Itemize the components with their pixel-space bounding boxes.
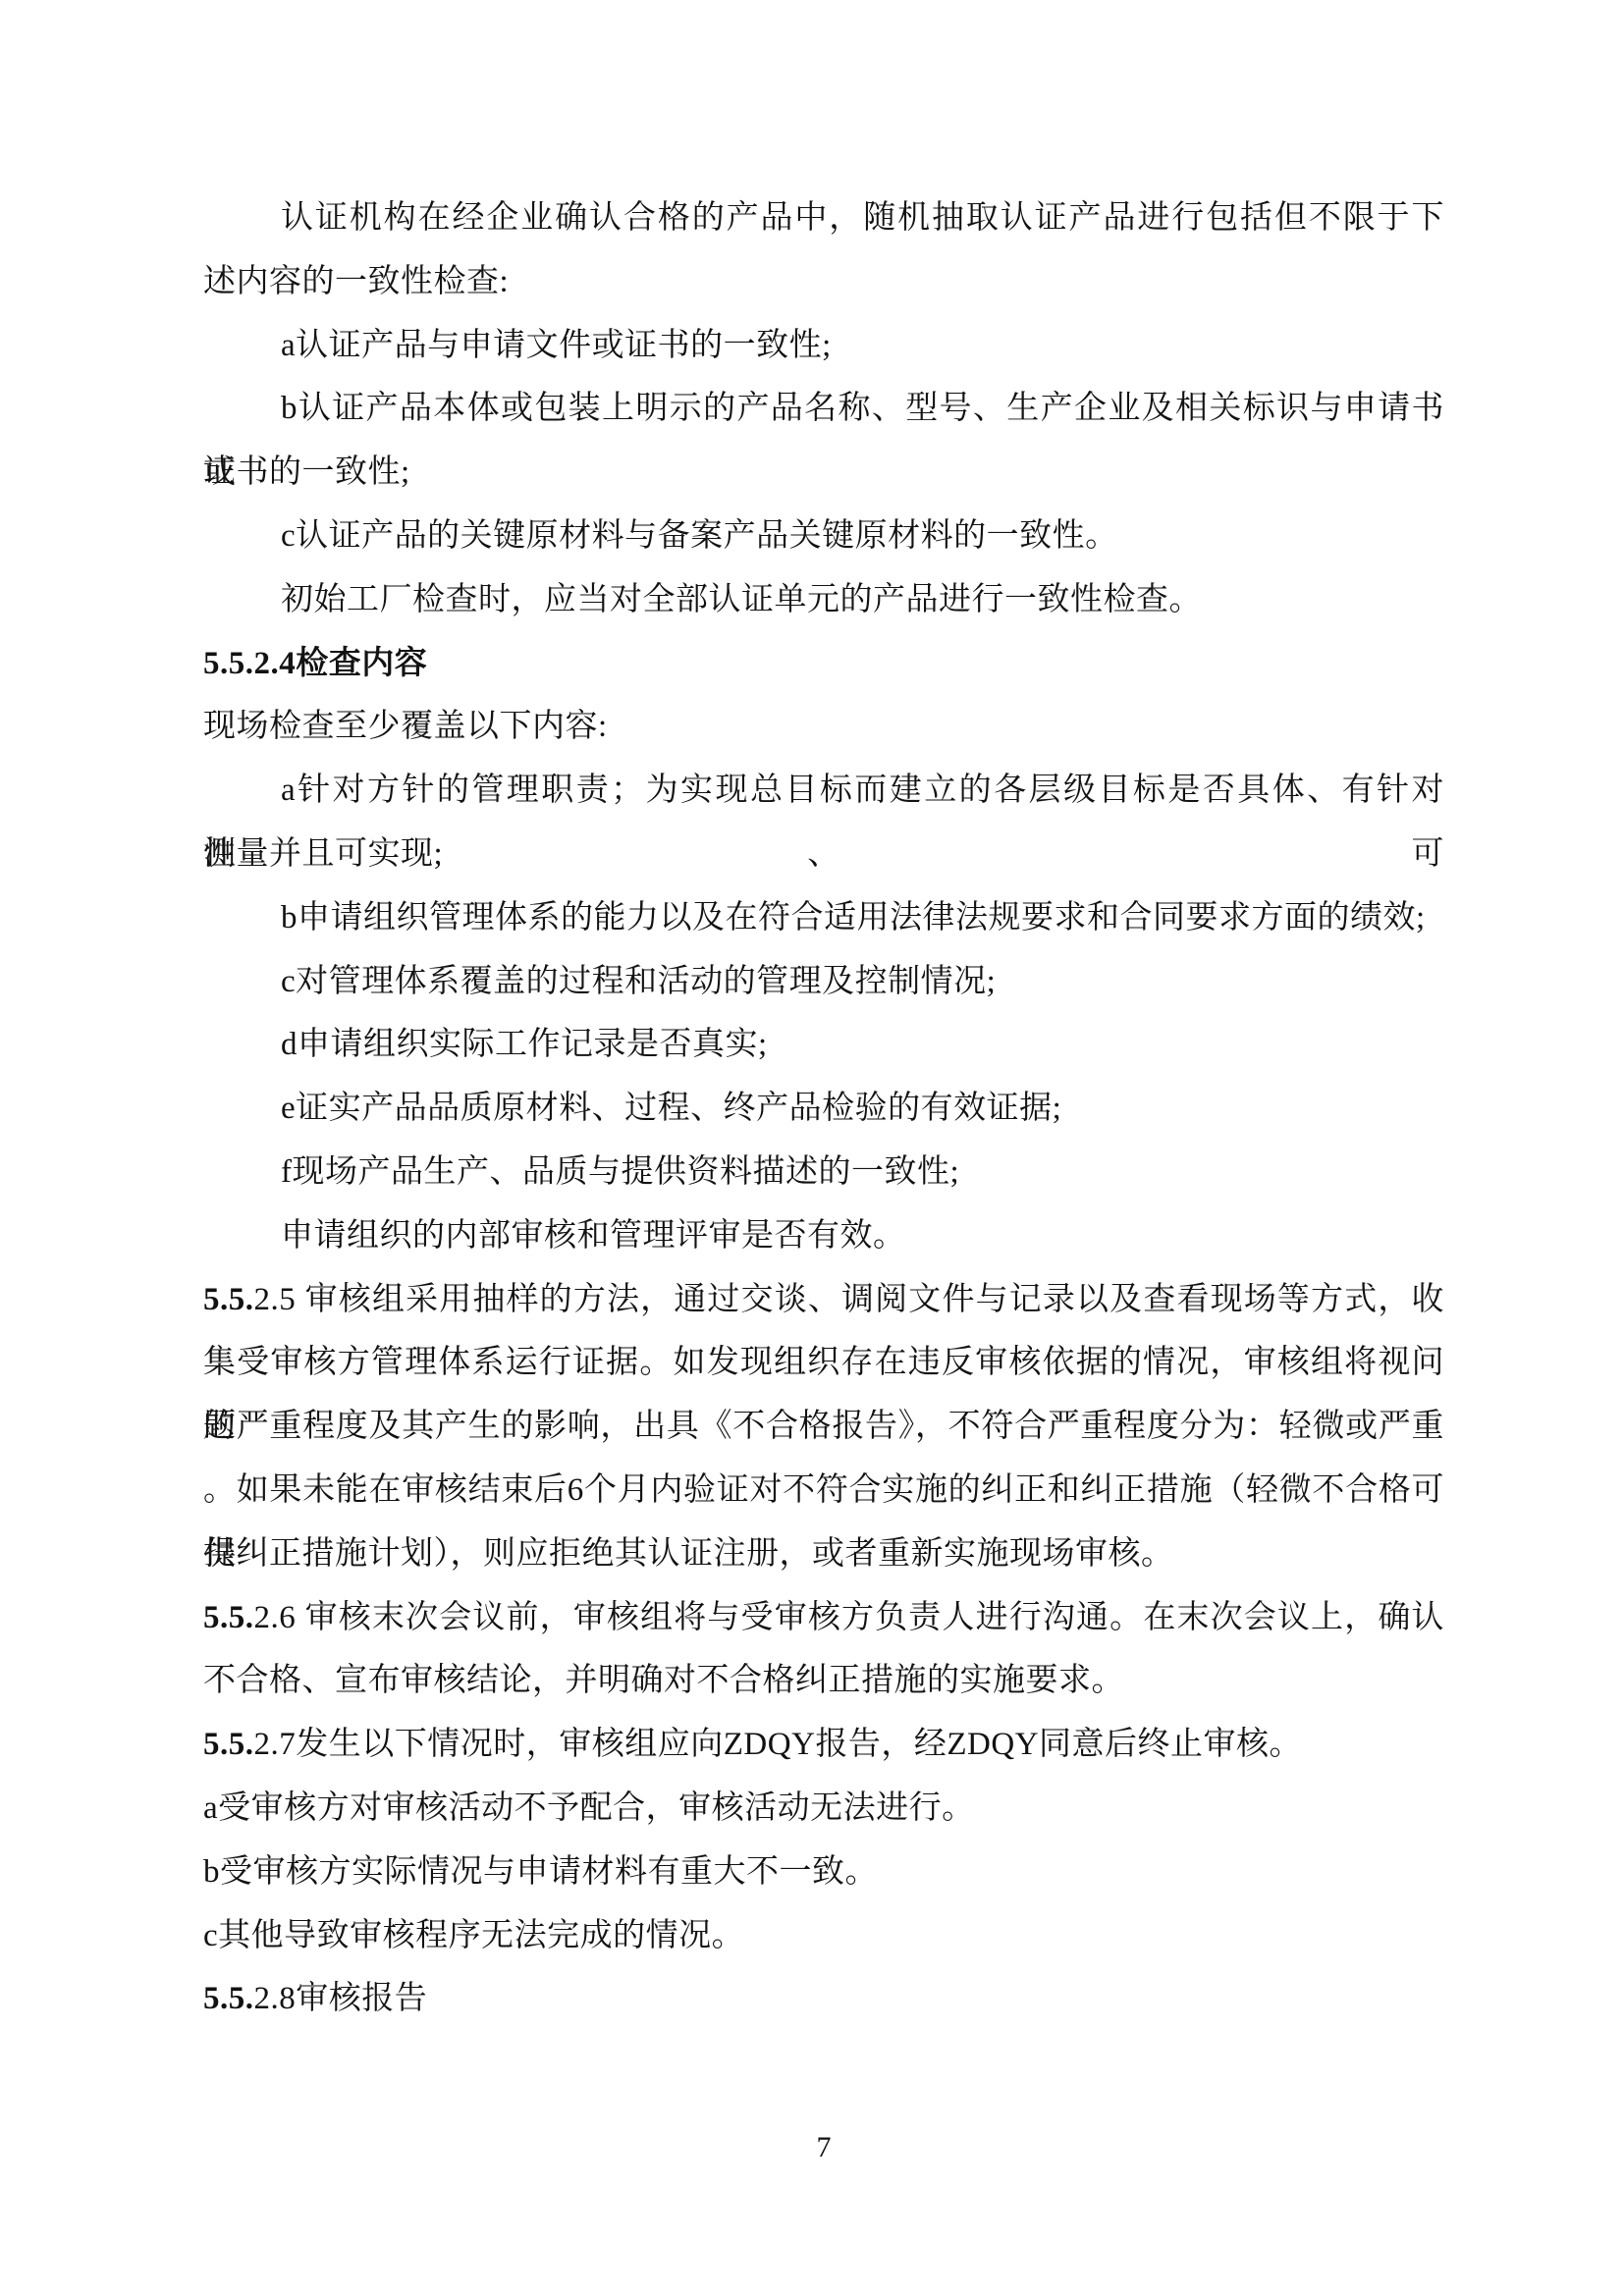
text-line: b认证产品本体或包装上明示的产品名称、型号、生产企业及相关标识与申请书或 — [203, 377, 1444, 441]
paragraph-heading-5-5-2-4: 5.5.2.4检查内容 — [203, 632, 1444, 696]
text-run: 不合格、宣布审核结论，并明确对不合格纠正措施的实施要求。 — [203, 1663, 1124, 1698]
paragraph-initial-factory-inspection: 初始工厂检查时，应当对全部认证单元的产品进行一致性检查。 — [203, 568, 1444, 632]
text-run: 2.6 审核末次会议前，审核组将与受审核方负责人进行沟通。在末次会议上，确认 — [254, 1600, 1445, 1635]
text-run: 测量并且可实现; — [203, 836, 443, 872]
text-run: 认证机构在经企业确认合格的产品中，随机抽取认证产品进行包括但不限于下 — [281, 200, 1444, 236]
text-run: a认证产品与申请文件或证书的一致性; — [281, 328, 832, 363]
text-run: 的严重程度及其产生的影响，出具《不合格报告》，不符合严重程度分为：轻微或严重 — [203, 1409, 1444, 1444]
bold-run: 5.5. — [203, 1282, 254, 1317]
document-page: 认证机构在经企业确认合格的产品中，随机抽取认证产品进行包括但不限于下述内容的一致… — [0, 0, 1624, 2296]
text-line: 证书的一致性; — [203, 441, 1444, 505]
text-run: 初始工厂检查时，应当对全部认证单元的产品进行一致性检查。 — [281, 582, 1202, 617]
text-line: 的严重程度及其产生的影响，出具《不合格报告》，不符合严重程度分为：轻微或严重 — [203, 1395, 1444, 1459]
text-line: 供纠正措施计划），则应拒绝其认证注册，或者重新实施现场审核。 — [203, 1522, 1444, 1586]
paragraph-onsite-check-coverage-intro: 现场检查至少覆盖以下内容: — [203, 695, 1444, 759]
text-run: b受审核方实际情况与申请材料有重大不一致。 — [203, 1854, 878, 1890]
text-line: 5.5.2.4检查内容 — [203, 632, 1444, 696]
paragraph-item-b-management-system-capability: b申请组织管理体系的能力以及在符合适用法律法规要求和合同要求方面的绩效; — [203, 886, 1444, 950]
text-line: 申请组织的内部审核和管理评审是否有效。 — [203, 1204, 1444, 1268]
text-run: 现场检查至少覆盖以下内容: — [203, 709, 608, 744]
text-run: 2.8审核报告 — [254, 1981, 428, 2016]
text-run: f现场产品生产、品质与提供资料描述的一致性; — [281, 1154, 959, 1190]
text-line: 初始工厂检查时，应当对全部认证单元的产品进行一致性检查。 — [203, 568, 1444, 632]
text-line: b受审核方实际情况与申请材料有重大不一致。 — [203, 1841, 1444, 1904]
text-line: d申请组织实际工作记录是否真实; — [203, 1013, 1444, 1077]
text-line: 不合格、宣布审核结论，并明确对不合格纠正措施的实施要求。 — [203, 1649, 1444, 1713]
text-line: 认证机构在经企业确认合格的产品中，随机抽取认证产品进行包括但不限于下 — [203, 187, 1444, 250]
paragraph-item-c-key-raw-materials: c认证产品的关键原材料与备案产品关键原材料的一致性。 — [203, 505, 1444, 568]
bold-run: 5.5. — [203, 1981, 254, 2016]
text-line: a受审核方对审核活动不予配合，审核活动无法进行。 — [203, 1777, 1444, 1841]
text-run: 2.7发生以下情况时，审核组应向ZDQY报告，经ZDQY同意后终止审核。 — [254, 1727, 1303, 1762]
text-line: a针对方针的管理职责；为实现总目标而建立的各层级目标是否具体、有针对性、可 — [203, 759, 1444, 823]
text-line: c其他导致审核程序无法完成的情况。 — [203, 1904, 1444, 1968]
text-line: 5.5.2.7发生以下情况时，审核组应向ZDQY报告，经ZDQY同意后终止审核。 — [203, 1713, 1444, 1777]
paragraph-item-a-policy-responsibility: a针对方针的管理职责；为实现总目标而建立的各层级目标是否具体、有针对性、可测量并… — [203, 759, 1444, 886]
document-body: 认证机构在经企业确认合格的产品中，随机抽取认证产品进行包括但不限于下述内容的一致… — [203, 187, 1444, 2031]
bold-run: 5.5. — [203, 1727, 254, 1762]
paragraph-clause-5-5-2-7-termination: 5.5.2.7发生以下情况时，审核组应向ZDQY报告，经ZDQY同意后终止审核。 — [203, 1713, 1444, 1777]
text-line: f现场产品生产、品质与提供资料描述的一致性; — [203, 1141, 1444, 1204]
text-run: 证书的一致性; — [203, 454, 410, 490]
text-line: 5.5.2.5 审核组采用抽样的方法，通过交谈、调阅文件与记录以及查看现场等方式… — [203, 1268, 1444, 1332]
paragraph-clause-5-5-2-6-closing-meeting: 5.5.2.6 审核末次会议前，审核组将与受审核方负责人进行沟通。在末次会议上，… — [203, 1586, 1444, 1714]
text-line: c认证产品的关键原材料与备案产品关键原材料的一致性。 — [203, 505, 1444, 568]
text-run: 2.5 审核组采用抽样的方法，通过交谈、调阅文件与记录以及查看现场等方式，收 — [254, 1282, 1445, 1317]
bold-run: 5.5.2.4检查内容 — [203, 646, 427, 681]
paragraph-item-f-onsite-consistency: f现场产品生产、品质与提供资料描述的一致性; — [203, 1141, 1444, 1204]
paragraph-item-c-other-situations: c其他导致审核程序无法完成的情况。 — [203, 1904, 1444, 1968]
text-line: b申请组织管理体系的能力以及在符合适用法律法规要求和合同要求方面的绩效; — [203, 886, 1444, 950]
paragraph-heading-5-5-2-8-audit-report: 5.5.2.8审核报告 — [203, 1967, 1444, 2031]
text-run: b申请组织管理体系的能力以及在符合适用法律法规要求和合同要求方面的绩效; — [281, 900, 1426, 935]
text-line: c对管理体系覆盖的过程和活动的管理及控制情况; — [203, 950, 1444, 1014]
paragraph-item-b-material-mismatch: b受审核方实际情况与申请材料有重大不一致。 — [203, 1841, 1444, 1904]
text-line: 述内容的一致性检查: — [203, 250, 1444, 314]
text-run: 申请组织的内部审核和管理评审是否有效。 — [281, 1218, 906, 1254]
text-line: a认证产品与申请文件或证书的一致性; — [203, 314, 1444, 378]
paragraph-clause-5-5-2-5-sampling: 5.5.2.5 审核组采用抽样的方法，通过交谈、调阅文件与记录以及查看现场等方式… — [203, 1268, 1444, 1586]
text-run: e证实产品品质原材料、过程、终产品检验的有效证据; — [281, 1091, 1061, 1126]
page-number: 7 — [203, 2116, 1444, 2179]
paragraph-item-e-inspection-evidence: e证实产品品质原材料、过程、终产品检验的有效证据; — [203, 1077, 1444, 1141]
text-run: c对管理体系覆盖的过程和活动的管理及控制情况; — [281, 964, 996, 999]
paragraph-item-b-product-labeling: b认证产品本体或包装上明示的产品名称、型号、生产企业及相关标识与申请书或证书的一… — [203, 377, 1444, 505]
text-run: c认证产品的关键原材料与备案产品关键原材料的一致性。 — [281, 518, 1118, 554]
paragraph-consistency-check-intro: 认证机构在经企业确认合格的产品中，随机抽取认证产品进行包括但不限于下述内容的一致… — [203, 187, 1444, 314]
paragraph-item-c-process-control: c对管理体系覆盖的过程和活动的管理及控制情况; — [203, 950, 1444, 1014]
text-run: c其他导致审核程序无法完成的情况。 — [203, 1918, 744, 1953]
paragraph-item-a-no-cooperation: a受审核方对审核活动不予配合，审核活动无法进行。 — [203, 1777, 1444, 1841]
text-line: 集受审核方管理体系运行证据。如发现组织存在违反审核依据的情况，审核组将视问题 — [203, 1331, 1444, 1395]
text-line: 5.5.2.6 审核末次会议前，审核组将与受审核方负责人进行沟通。在末次会议上，… — [203, 1586, 1444, 1650]
paragraph-item-d-work-records: d申请组织实际工作记录是否真实; — [203, 1013, 1444, 1077]
paragraph-item-a-product-vs-documents: a认证产品与申请文件或证书的一致性; — [203, 314, 1444, 378]
paragraph-internal-audit-effectiveness: 申请组织的内部审核和管理评审是否有效。 — [203, 1204, 1444, 1268]
bold-run: 5.5. — [203, 1600, 254, 1635]
text-line: 。如果未能在审核结束后6个月内验证对不符合实施的纠正和纠正措施（轻微不合格可提 — [203, 1459, 1444, 1522]
text-run: d申请组织实际工作记录是否真实; — [281, 1027, 768, 1062]
text-run: 供纠正措施计划），则应拒绝其认证注册，或者重新实施现场审核。 — [203, 1536, 1174, 1572]
text-run: a受审核方对审核活动不予配合，审核活动无法进行。 — [203, 1790, 975, 1826]
text-run: 述内容的一致性检查: — [203, 264, 509, 299]
text-line: e证实产品品质原材料、过程、终产品检验的有效证据; — [203, 1077, 1444, 1141]
text-line: 现场检查至少覆盖以下内容: — [203, 695, 1444, 759]
text-line: 5.5.2.8审核报告 — [203, 1967, 1444, 2031]
